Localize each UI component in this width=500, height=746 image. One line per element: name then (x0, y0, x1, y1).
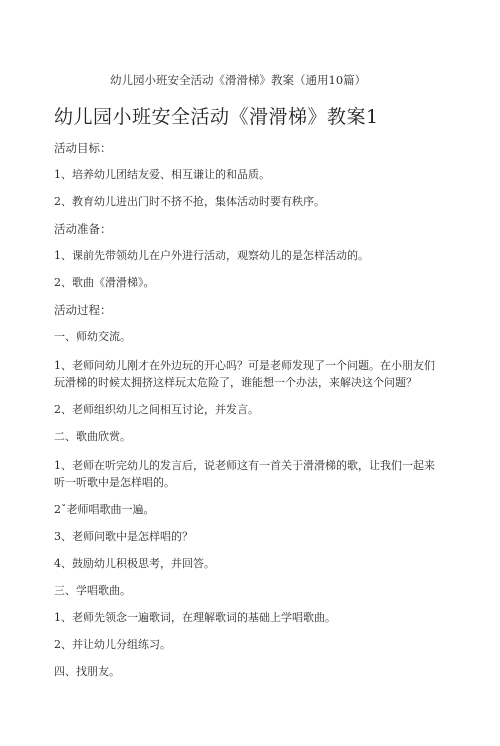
paragraph: 2、教育幼儿进出门时不挤不抢，集体活动时要有秩序。 (54, 193, 325, 211)
section-heading: 活动准备： (54, 220, 112, 238)
paragraph: 4、鼓励幼儿积极思考，并回答。 (54, 555, 215, 573)
paragraph: 一、师幼交流。 (54, 328, 131, 346)
paragraph: 1、培养幼儿团结友爱、相互谦让的和品质。 (54, 166, 270, 184)
paragraph: 三、学唱歌曲。 (54, 582, 131, 600)
document-title: 幼儿园小班安全活动《滑滑梯》教案1 (54, 102, 379, 129)
paragraph: 二、歌曲欣赏。 (54, 428, 131, 446)
page-header: 幼儿园小班安全活动《滑滑梯》教案（通用10篇） (0, 72, 500, 88)
paragraph: 2、并让幼儿分组练习。 (54, 636, 171, 654)
paragraph: 1、老师问幼儿刚才在外边玩的开心吗？可是老师发现了一个问题。在小朋友们 玩滑梯的… (54, 357, 446, 391)
paragraph: 四、找朋友。 (54, 663, 120, 681)
paragraph: 2、老师组织幼儿之间相互讨论，并发言。 (54, 401, 259, 419)
paragraph: 3、老师问歌中是怎样唱的？ (54, 528, 193, 546)
paragraph: 2、歌曲《滑滑梯》。 (54, 274, 155, 292)
section-heading: 活动过程： (54, 301, 112, 319)
section-heading: 活动目标： (54, 139, 112, 157)
paragraph: 1、课前先带领幼儿在户外进行活动，观察幼儿的是怎样活动的。 (54, 247, 369, 265)
paragraph: 2ˇ老师唱歌曲一遍。 (54, 501, 155, 519)
paragraph: 1、老师在听完幼儿的发言后，说老师这有一首关于滑滑梯的歌，让我们一起来 听一听歌… (54, 457, 446, 491)
paragraph: 1、老师先领念一遍歌词，在理解歌词的基础上学唱歌曲。 (54, 609, 336, 627)
